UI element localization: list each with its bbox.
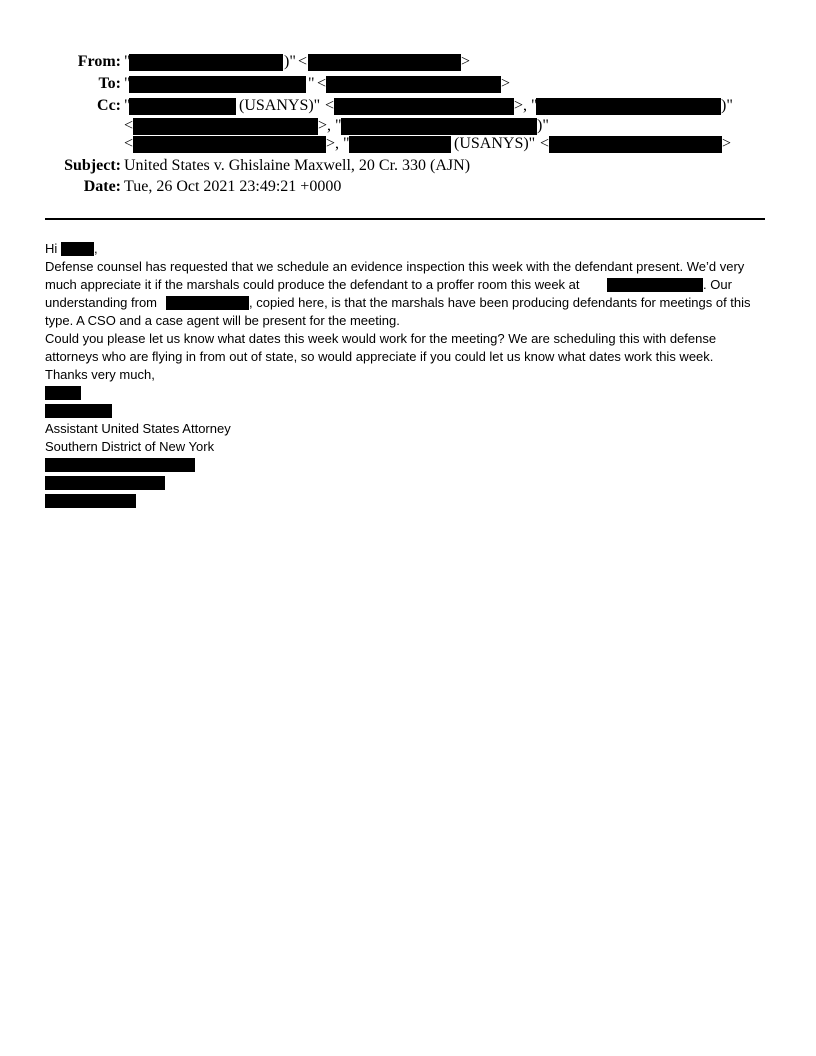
subject-label: Subject: [0, 156, 121, 176]
redacted-to-name [129, 76, 306, 93]
body-line: type. A CSO and a case agent will be pre… [45, 312, 400, 330]
usanys-tag: (USANYS)" [239, 96, 320, 116]
redacted-signature-line-2 [45, 476, 165, 490]
body-line: much appreciate it if the marshals could… [45, 276, 580, 294]
redacted-from-email [308, 54, 461, 71]
gt: > [501, 74, 510, 94]
redacted-from-name [129, 54, 283, 71]
redacted-person [166, 296, 249, 310]
redacted-cc-name-3 [341, 118, 537, 135]
redacted-location [607, 278, 703, 292]
subject-value: United States v. Ghislaine Maxwell, 20 C… [124, 156, 470, 176]
separator: >, " [326, 134, 350, 154]
from-label: From: [0, 52, 121, 72]
signature-office: Southern District of New York [45, 438, 214, 456]
body-line: attorneys who are flying in from out of … [45, 348, 713, 366]
separator: >, " [318, 116, 342, 136]
body-line: Defense counsel has requested that we sc… [45, 258, 744, 276]
body-text: understanding from [45, 295, 157, 310]
body-text: . Our [703, 276, 732, 294]
gt: > [461, 52, 470, 72]
greeting-comma: , [94, 240, 98, 258]
close-quote: )" [284, 52, 296, 72]
cc-label: Cc: [0, 96, 121, 116]
usanys-tag: (USANYS)" [454, 134, 535, 154]
greeting-line: Hi , [45, 240, 57, 258]
redacted-cc-name-2 [536, 98, 721, 115]
gt: > [722, 134, 731, 154]
signature-title: Assistant United States Attorney [45, 420, 231, 438]
redacted-signature-surname [45, 404, 112, 418]
redacted-cc-name-1 [129, 98, 236, 115]
redacted-cc-email-3 [133, 136, 326, 153]
to-label: To: [0, 74, 121, 94]
date-value: Tue, 26 Oct 2021 23:49:21 +0000 [124, 177, 341, 197]
redacted-to-email [326, 76, 501, 93]
lt: < [540, 134, 549, 154]
header-divider [45, 218, 765, 220]
redacted-signature-name [45, 386, 81, 400]
close-quote: )" [537, 116, 549, 136]
lt: < [124, 116, 133, 136]
body-text: , copied here, is that the marshals have… [249, 294, 751, 312]
redacted-cc-email-1 [334, 98, 514, 115]
body-line: understanding from , copied here, is tha… [45, 294, 157, 312]
date-label: Date: [0, 177, 121, 197]
quote: " [308, 74, 315, 94]
lt: < [317, 74, 326, 94]
separator: >, " [514, 96, 538, 116]
body-text: much appreciate it if the marshals could… [45, 277, 580, 292]
redacted-signature-line-3 [45, 494, 136, 508]
redacted-cc-email-2 [133, 118, 318, 135]
closing: Thanks very much, [45, 366, 155, 384]
redacted-recipient-name [61, 242, 94, 256]
greeting: Hi [45, 241, 57, 256]
redacted-cc-email-4 [549, 136, 722, 153]
close-quote: )" [721, 96, 733, 116]
lt: < [298, 52, 307, 72]
body-line: Could you please let us know what dates … [45, 330, 716, 348]
redacted-cc-name-4 [349, 136, 451, 153]
lt: < [325, 96, 334, 116]
lt: < [124, 134, 133, 154]
redacted-signature-line-1 [45, 458, 195, 472]
